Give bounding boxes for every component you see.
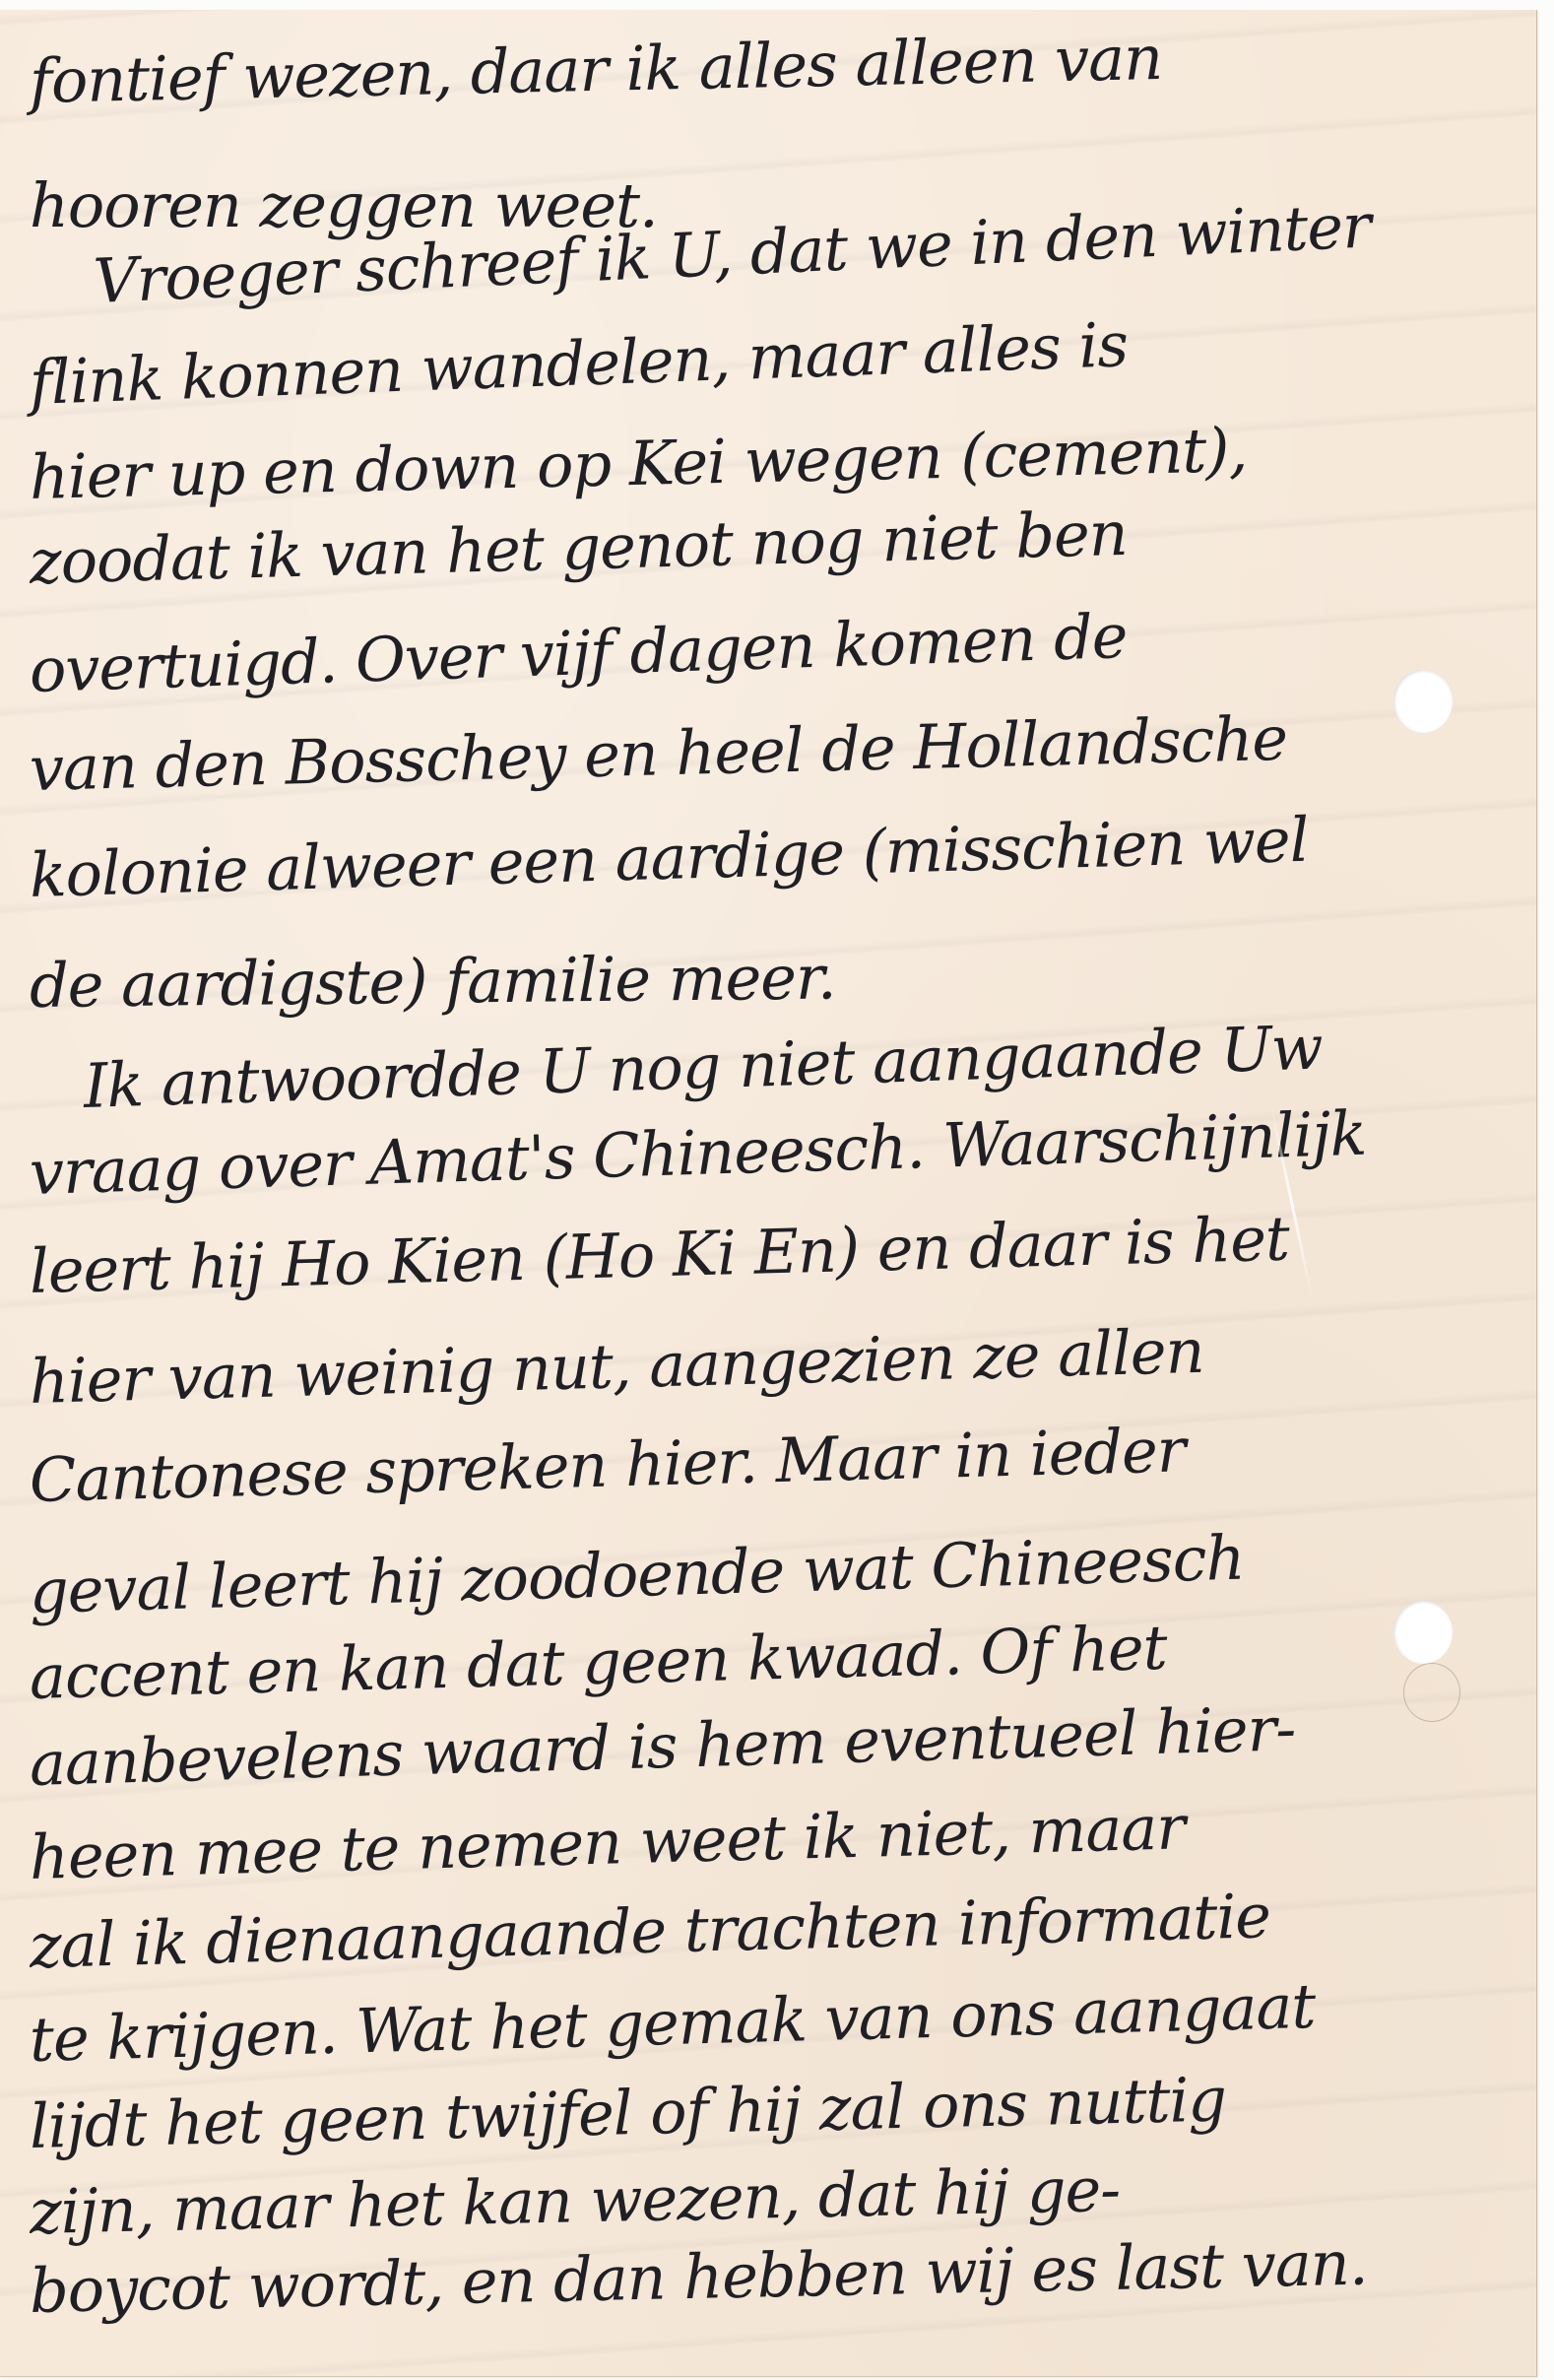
letter-page: fontief wezen, daar ik alles alleen van … [0,10,1537,2377]
letter-line-7: overtuigd. Over vijf dagen komen de [29,594,1497,701]
letter-line-5: hier up en down op Kei wegen (cement), [29,414,1497,508]
punch-hole-imprint [1403,1663,1460,1722]
letter-line-13: leert hij Ho Kien (Ho Ki En) en daar is … [29,1203,1497,1302]
letter-line-10: de aardigste) familie meer. [30,940,1498,1017]
letter-line-19: heen mee te nemen weet ik niet, maar [29,1789,1497,1888]
letter-line-24: boycot wordt, en dan hebben wij es last … [29,2230,1497,2322]
letter-line-18: aanbevelens waard is hem eventueel hier- [29,1692,1497,1795]
letter-line-9: kolonie alweer een aardige (misschien we… [29,804,1497,906]
punch-hole-top [1393,670,1453,733]
punch-hole-bottom [1393,1601,1453,1664]
letter-line-20: zal ik dienaangaande trachten informatie [29,1881,1497,1977]
letter-line-8: van den Bosschey en heel de Hollandsche [29,703,1497,800]
letter-line-14: hier van weinig nut, aangezien ze allen [29,1313,1497,1413]
letter-line-6: zoodat ik van het genot nog niet ben [29,494,1497,593]
letter-line-15: Cantonese spreken hier. Maar in ieder [29,1412,1497,1511]
letter-line-21: te krijgen. Wat het gemak van ons aangaa… [29,1971,1497,2071]
letter-line-4: flink konnen wandelen, maar alles is [29,301,1497,414]
letter-line-22: lijdt het geen twijfel of hij zal ons nu… [29,2063,1497,2157]
letter-line-1: fontief wezen, daar ik alles alleen van [29,21,1497,112]
letter-line-16: geval leert hij zoodoende wat Chineesch [29,1520,1497,1622]
